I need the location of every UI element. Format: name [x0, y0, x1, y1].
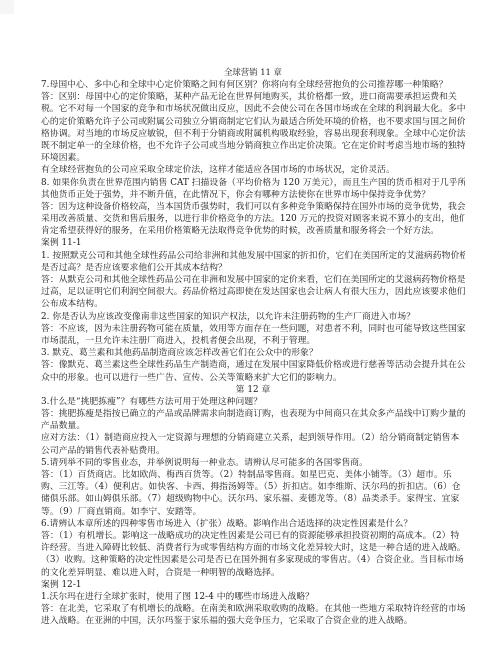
text-line: 答：区别：母国中心的定价策略，某种产品无论在世界何地购买，其价格都一致，进口商需… — [41, 91, 465, 103]
text-line: 答：像默克、葛兰素这些全球性药品生产制造商，通过在发展中国家降低价格或进行慈善等… — [41, 359, 465, 371]
case-heading: 案例 12-1 — [41, 579, 465, 591]
text-line: （3）收购。这种策略的决定性因素是公司是否已在国外拥有多家现成的零售店。（4）合… — [41, 554, 465, 566]
page-corner-mark — [0, 0, 14, 14]
text-line: 肯定希望获得好的服务，在采用价格策略无法取得竞争优势的时候，改善质量和服务将会一… — [41, 225, 465, 237]
text-line: 5.请列举不同的零售业态，并举例说明每一种业态。请辨认尽可能多的各国零售商。 — [41, 457, 465, 469]
text-line: 进入战略。在亚洲的中国，沃尔玛鉴于家乐福的强大竞争压力，它采取了合资企业的进入战… — [41, 615, 465, 627]
text-line: 答：不应该，因为未注册药物可能在质量，效用等方面存在一些问题，对患者不利，同时也… — [41, 323, 465, 335]
document-page: 全球营销 11 章 7.母国中心、多中心和全球中心定价策略之间有何区别？你将向有… — [41, 66, 465, 627]
text-line: 环境因素。 — [41, 152, 465, 164]
text-line: 等。（9）厂商直销商。如李宁、安踏等。 — [41, 506, 465, 518]
text-line: 7.母国中心、多中心和全球中心定价策略之间有何区别？你将向有全球经营抱负的公司推… — [41, 79, 465, 91]
text-line: 2. 你是否认为应该改变像南非这些国家的知识产权法，以允许未注册药物的生产厂商进… — [41, 311, 465, 323]
text-line: 的文化差异明显、难以进入时，合资是一种明智的战略选择。 — [41, 567, 465, 579]
text-line: 产品数量。 — [41, 420, 465, 432]
document-title: 全球营销 11 章 — [41, 66, 465, 78]
text-line: 是否过高？是否应该要求他们公开其成本结构？ — [41, 262, 465, 274]
text-line: 心的定价策略允许子公司或附属公司独立分销商制定它们认为最适合所处环境的价格，也不… — [41, 116, 465, 128]
text-line: 采用改善质量、交货和售后服务，以进行非价格竞争的方法。120 万元的投资对顾客来… — [41, 213, 465, 225]
text-line: 答：（1）有机增长。影响这一战略成功的决定性因素是公司已有的资源能够承担投资初期… — [41, 530, 465, 542]
text-line: 答：（1）百货商店。比如欧尚、梅西百货等。（2）特制品零售商。如星巴克、美体小铺… — [41, 469, 465, 481]
text-line: 储俱乐部。如山姆俱乐部。（7）超级购物中心。沃尔玛、家乐福、麦德龙等。（8）品类… — [41, 493, 465, 505]
text-line: 许经营。当进入障碍比较低、消费者行为或零售结构方面的市场文化差异较大时，这是一种… — [41, 542, 465, 554]
text-line: 答：在北美，它采取了有机增长的战略。在南美和欧洲采取收购的战略。在其他一些地方采… — [41, 603, 465, 615]
text-line: 8. 如果你负责在世界范围内销售 CAT 扫描设备（平均价格为 120 万美元）… — [41, 177, 465, 189]
text-line: 既不制定单一的全球价格，也不允许子公司或当地分销商独立作出定价决策。它在定价时考… — [41, 140, 465, 152]
text-line: 过高，足以证明它们利润空间很大。药品价格过高即使在发达国家也会让病人有很大压力，… — [41, 286, 465, 298]
text-line: 其他货币正处于强势，并不断升值，在此情况下，你会有哪种方法使你在世界市场中保持竞… — [41, 189, 465, 201]
text-line: 1.沃尔玛在进行全球扩张时，使用了图 12-4 中的哪些市场进入战略？ — [41, 591, 465, 603]
text-line: 格协调。对当地的市场反应敏锐，但不利于分销商或附属机构吸取经验，容易出现套利现象… — [41, 128, 465, 140]
text-line: 有全球经营抱负的公司应采取全球定价法，这样才能适应各国市场的市场状况，定价灵活。 — [41, 164, 465, 176]
text-line: 答：挑肥拣瘦是指按已确立的产品或品牌需求向制造商订购，也表现为中间商只在其众多产… — [41, 408, 465, 420]
text-line: 应对方法：（1）制造商应投入一定资源与理想的分销商建立关系，起到领导作用。（2）… — [41, 432, 465, 444]
text-line: 3.什么是“挑肥拣瘦”？有哪些方法可用于处理这种问题？ — [41, 396, 465, 408]
text-line: 3. 默克、葛兰素和其他药品制造商应该怎样改善它们在公众中的形象？ — [41, 347, 465, 359]
text-line: 公布成本结构。 — [41, 298, 465, 310]
text-line: 答：因为这种设备价格较高，当本国货币强势时，我们可以有多种竞争策略保持在国外市场… — [41, 201, 465, 213]
text-line: 公司产品的销售代表补贴费用。 — [41, 445, 465, 457]
text-line: 1. 按照默克公司和其他全球性药品公司给非洲和其他发展中国家的折扣价，它们在美国… — [41, 250, 465, 262]
text-line: 税。它不对每一个国家的竞争和市场状况做出反应，因此不会使公司在各国市场或在全球的… — [41, 103, 465, 115]
text-line: 答：从默克公司和其他全球性药品公司在非洲和发展中国家的定价来看，它们在美国所定的… — [41, 274, 465, 286]
text-line: 购、三江等。（4）便利店。如快客、卡西、拇指汤姆等。（5）折扣店。如李维斯、沃尔… — [41, 481, 465, 493]
text-line: 众中的形象。也可以进行一些广告、宣传、公关等策略来扩大它们的影响力。 — [41, 372, 465, 384]
text-line: 市场混乱，一旦允许未注册厂商进入，投机者便会出现，不利于管理。 — [41, 335, 465, 347]
case-heading: 案例 11-1 — [41, 237, 465, 249]
chapter-heading: 第 12 章 — [41, 384, 465, 396]
text-line: 6.请辨认本章所述的四种零售市场进入（扩张）战略。影响作出合适选择的决定性因素是… — [41, 518, 465, 530]
